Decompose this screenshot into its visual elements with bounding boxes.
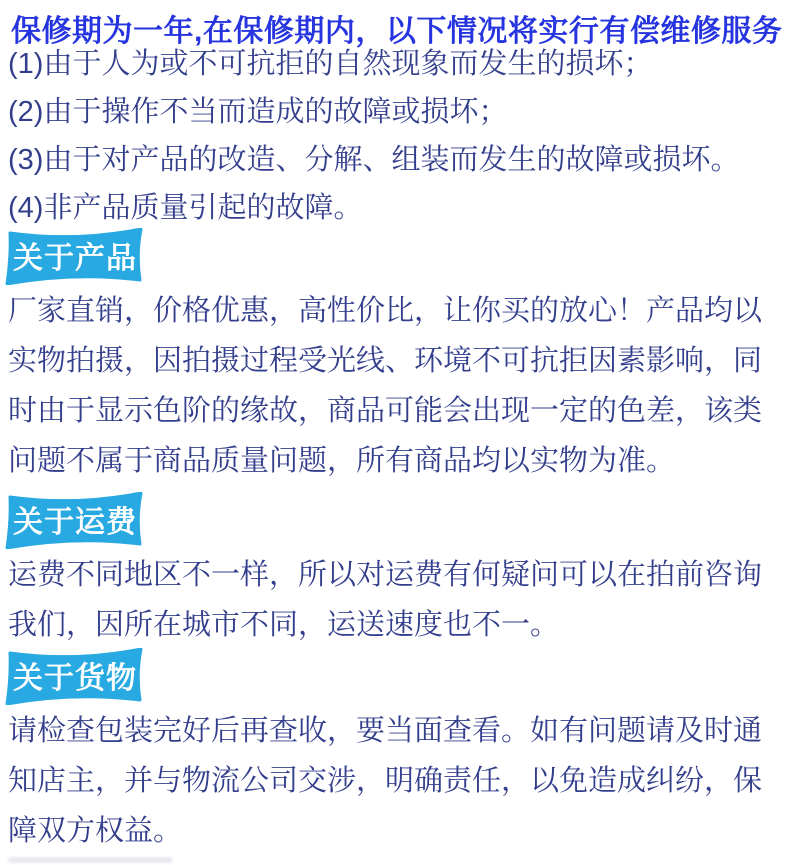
paragraph-line: 问题不属于商品质量问题，所有商品均以实物为准。: [8, 436, 786, 486]
about-product-badge: 关于产品: [5, 228, 145, 285]
paragraph-line: 运费不同地区不一样，所以对运费有何疑问可以在拍前咨询: [8, 550, 786, 600]
about-goods-paragraph: 请检查包装完好后再查收，要当面查看。如有问题请及时通 知店主，并与物流公司交涉，…: [8, 706, 786, 856]
paragraph-line: 厂家直销，价格优惠，高性价比，让你买的放心！产品均以: [8, 286, 786, 336]
warranty-condition-item: (3)由于对产品的改造、分解、组装而发生的故障或损坏。: [8, 136, 783, 184]
bottom-cutoff-artifact: [8, 857, 173, 863]
warranty-condition-item: (2)由于操作不当而造成的故障或损坏；: [8, 88, 783, 136]
paragraph-line: 时由于显示色阶的缘故，商品可能会出现一定的色差，该类: [8, 386, 786, 436]
about-product-badge-label: 关于产品: [5, 228, 145, 281]
about-goods-badge-label: 关于货物: [5, 648, 145, 701]
about-goods-badge: 关于货物: [5, 648, 145, 705]
warranty-conditions-list: (1)由于人为或不可抗拒的自然现象而发生的损坏； (2)由于操作不当而造成的故障…: [8, 40, 783, 232]
paragraph-line: 障双方权益。: [8, 806, 786, 856]
paragraph-line: 知店主，并与物流公司交涉，明确责任，以免造成纠纷，保: [8, 756, 786, 806]
about-shipping-paragraph: 运费不同地区不一样，所以对运费有何疑问可以在拍前咨询 我们，因所在城市不同，运送…: [8, 550, 786, 650]
about-shipping-badge-label: 关于运费: [5, 492, 145, 545]
paragraph-line: 请检查包装完好后再查收，要当面查看。如有问题请及时通: [8, 706, 786, 756]
warranty-condition-item: (1)由于人为或不可抗拒的自然现象而发生的损坏；: [8, 40, 783, 88]
paragraph-line: 实物拍摄，因拍摄过程受光线、环境不可抗拒因素影响，同: [8, 336, 786, 386]
about-product-paragraph: 厂家直销，价格优惠，高性价比，让你买的放心！产品均以 实物拍摄，因拍摄过程受光线…: [8, 286, 786, 486]
about-shipping-badge: 关于运费: [5, 492, 145, 549]
paragraph-line: 我们，因所在城市不同，运送速度也不一。: [8, 600, 786, 650]
warranty-condition-item: (4)非产品质量引起的故障。: [8, 184, 783, 232]
